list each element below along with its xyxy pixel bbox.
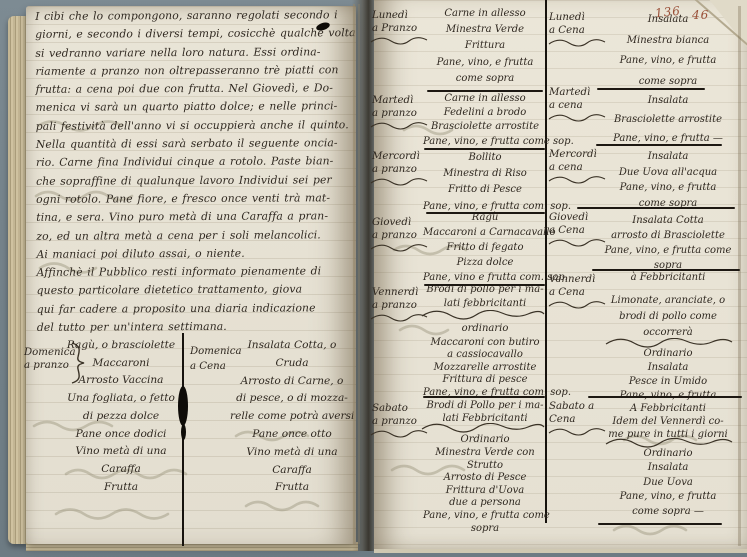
row-separator-line (424, 148, 545, 150)
ink-squiggle-divider (604, 338, 734, 348)
row-separator-line (426, 212, 545, 214)
day-label-giovedi-pranzo: Giovedì a pranzo (372, 217, 426, 242)
row-separator-line (598, 523, 722, 525)
menu-mercordi-pranzo: Bollito Minestra di Riso Fritto di Pesce… (423, 150, 547, 215)
domenica-pranzo-items: Ragù, o brasciolette Maccaroni Arrosto V… (58, 337, 184, 496)
menu-sabato-pranzo: Minestra Verde con Strutto Arrosto di Pe… (423, 447, 547, 535)
row-separator-line (596, 144, 722, 146)
ink-flourish (370, 178, 428, 186)
menu-vennerdi-cena-febbricitanti-label: à Febbricitanti (594, 272, 742, 283)
day-label-mercordi-pranzo: Mercordì a pranzo (372, 151, 426, 176)
ink-squiggle-divider (420, 310, 546, 320)
menu-giovedi-pranzo: Ragù Maccaroni a Carnacavallo Fritto di … (423, 210, 547, 285)
right-page-bottom-edge (374, 549, 747, 553)
menu-lunedi-pranzo: Carne in allesso Minestra Verde Frittura… (423, 6, 547, 87)
ink-squiggle-divider (420, 423, 546, 433)
menu-martedi-cena: Insalata Brasciolette arrostite Pane, vi… (594, 91, 742, 148)
row-separator-line (577, 207, 735, 209)
intro-paragraph: I cibi che lo compongono, saranno regola… (35, 6, 351, 337)
row-separator-line (592, 269, 740, 271)
menu-mercordi-cena: Insalata Due Uova all'acqua Pane, vino, … (594, 149, 742, 211)
manuscript-photo: I cibi che lo compongono, saranno regola… (0, 0, 747, 557)
menu-sabato-cena: Insalata Due Uova Pane, vino, e frutta c… (594, 461, 742, 519)
menu-sabato-pranzo-ordinario-label: Ordinario (423, 434, 547, 445)
ink-flourish (370, 122, 428, 130)
day-label-sabato-pranzo: Sabato a pranzo (372, 403, 426, 428)
row-separator-line (424, 284, 545, 286)
ink-flourish (370, 37, 428, 45)
menu-vennerdi-pranzo-ordinario-label: ordinario (423, 323, 547, 334)
row-separator-line (423, 396, 545, 398)
menu-sabato-cena-febbricitanti-label: A Febbricitanti (594, 403, 742, 414)
book-page-edges-left (8, 16, 28, 544)
ink-drip (181, 424, 186, 440)
gutter-page-edge-line (358, 4, 360, 544)
menu-vennerdi-cena-ordinario-label: Ordinario (594, 348, 742, 359)
row-separator-line (588, 396, 742, 398)
menu-lunedi-cena: Insalata Minestra bianca Pane, vino, e f… (594, 10, 742, 92)
ink-flourish (370, 244, 428, 252)
menu-vennerdi-cena-febbricitanti: Limonate, aranciate, o brodi di pollo co… (594, 293, 742, 341)
day-label-martedi-pranzo: Martedì a pranzo (372, 95, 426, 120)
menu-sabato-cena-ordinario-label: Ordinario (594, 448, 742, 459)
row-separator-line (427, 90, 543, 92)
menu-vennerdi-pranzo: Maccaroni con butiro a cassiocavallo Moz… (423, 337, 547, 399)
gutter-page-edge-line (353, 4, 355, 544)
day-label-vennerdi-pranzo: Vennerdì a pranzo (372, 287, 426, 312)
ink-squiggle-divider (604, 438, 734, 448)
ink-blot-on-divider (178, 386, 188, 426)
domenica-cena-items: Insalata Cotta, o Cruda Arrosto di Carne… (230, 337, 354, 497)
menu-martedi-pranzo: Carne in allesso Fedelini a brodo Brasci… (423, 92, 547, 149)
menu-sabato-pranzo-febbricitanti: Brodi di Pollo per i ma- lati Febbricita… (423, 399, 547, 425)
menu-giovedi-cena: Insalata Cotta arrosto di Brasciolette P… (594, 213, 742, 273)
day-label-lunedi-pranzo: Lunedì a Pranzo (372, 10, 426, 35)
row-separator-line (597, 88, 705, 90)
menu-vennerdi-pranzo-febbricitanti: Brodi di pollo per i ma- lati febbricita… (423, 283, 547, 310)
